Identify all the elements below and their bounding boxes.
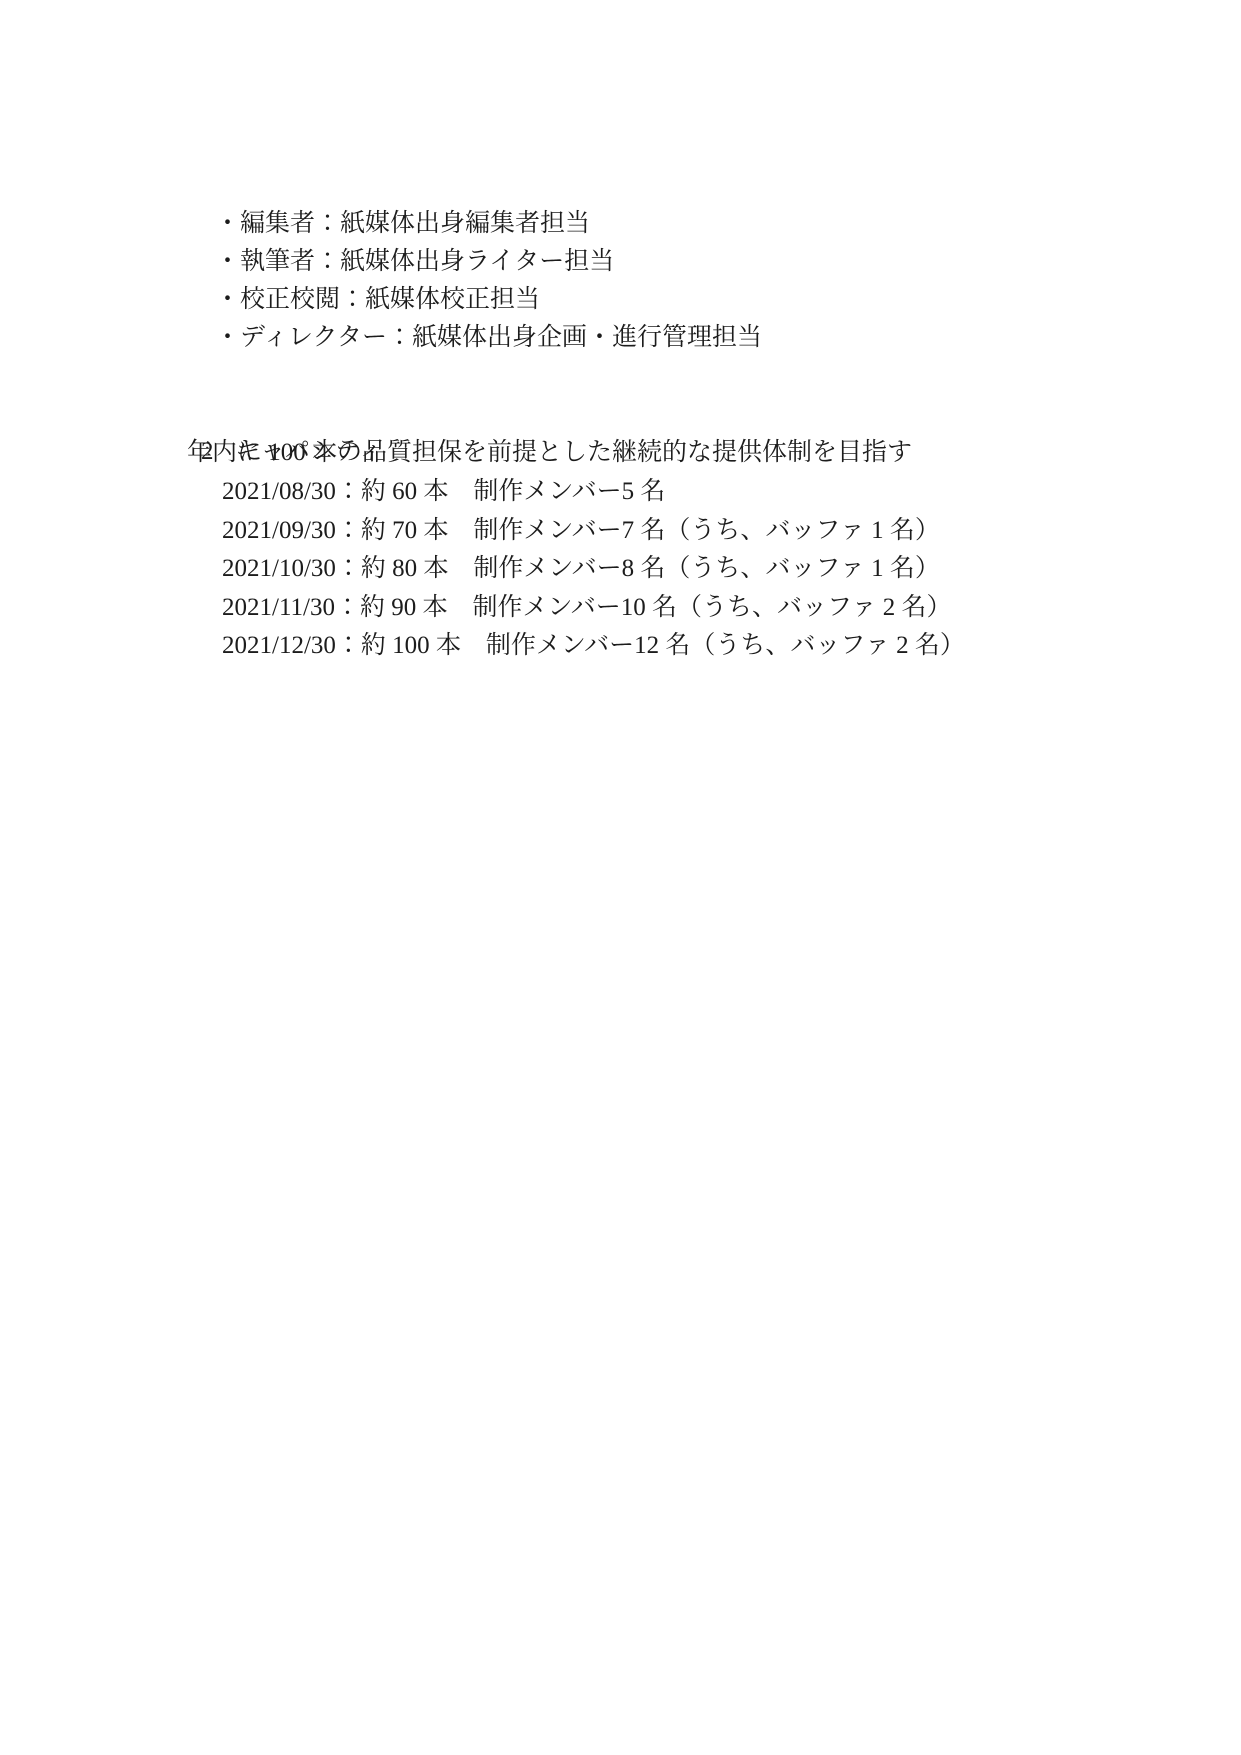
staff-bullet-item: ・校正校閲：紙媒体校正担当 [215,281,762,319]
staff-bullet-item: ・執筆者：紙媒体出身ライター担当 [215,243,762,281]
capacity-schedule-item: 2021/12/30：約 100 本 制作メンバー12 名（うち、バッファ 2 … [222,627,965,666]
capacity-schedule-item: 2021/10/30：約 80 本 制作メンバー8 名（うち、バッファ 1 名） [222,550,965,589]
capacity-schedule-item: 2021/09/30：約 70 本 制作メンバー7 名（うち、バッファ 1 名） [222,512,965,551]
capacity-schedule-item: 2021/08/30：約 60 本 制作メンバー5 名 [222,473,965,512]
staff-bullet-item: ・編集者：紙媒体出身編集者担当 [215,205,762,243]
staff-bullet-list: ・編集者：紙媒体出身編集者担当・執筆者：紙媒体出身ライター担当・校正校閲：紙媒体… [215,205,762,357]
capacity-intro-line: 年内に 100 本の品質担保を前提とした継続的な提供体制を目指す [187,434,912,472]
staff-bullet-item: ・ディレクター：紙媒体出身企画・進行管理担当 [215,319,762,357]
document-page: ・編集者：紙媒体出身編集者担当・執筆者：紙媒体出身ライター担当・校正校閲：紙媒体… [0,0,1241,1755]
capacity-schedule-item: 2021/11/30：約 90 本 制作メンバー10 名（うち、バッファ 2 名… [222,589,965,628]
capacity-schedule-list: 2021/08/30：約 60 本 制作メンバー5 名2021/09/30：約 … [222,473,965,666]
